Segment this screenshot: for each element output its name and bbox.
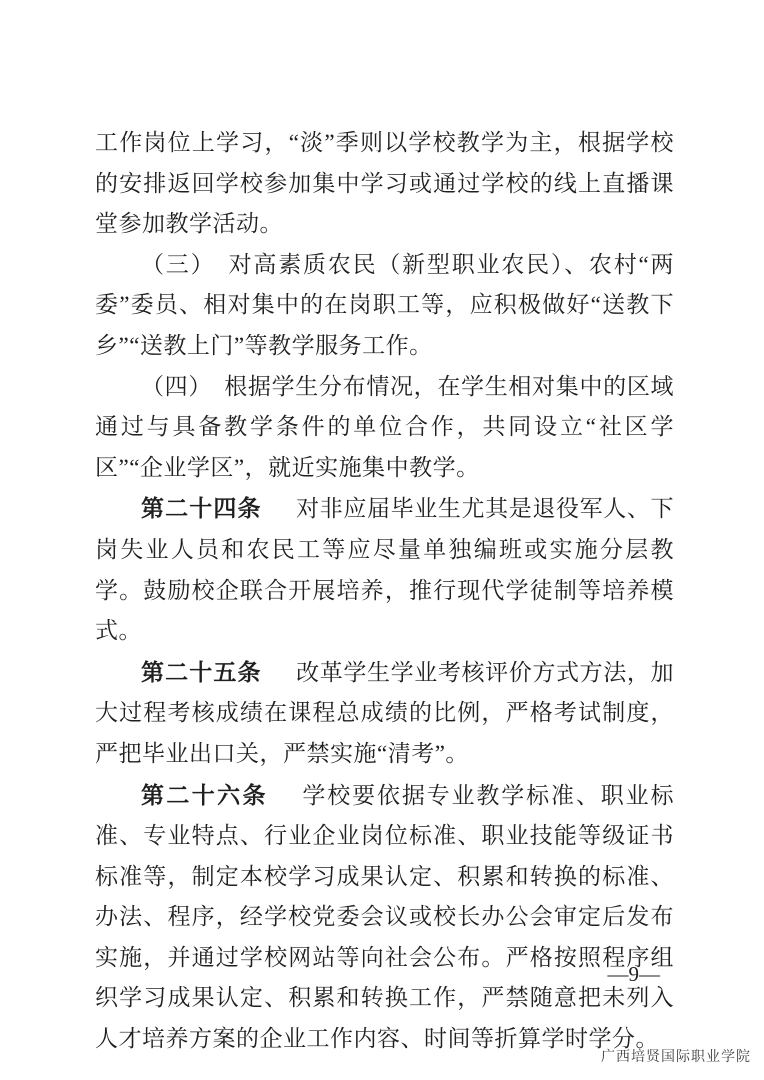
article-26-text: 学校要依据专业教学标准、职业标准、专业特点、行业企业岗位标准、职业技能等级证书标… [95, 783, 674, 1052]
paragraph-continuation: 工作岗位上学习，“淡”季则以学校教学为主，根据学校的安排返回学校参加集中学习或通… [95, 123, 674, 245]
document-page: 工作岗位上学习，“淡”季则以学校教学为主，根据学校的安排返回学校参加集中学习或通… [0, 0, 764, 1080]
article-26-number: 第二十六条 [141, 782, 268, 808]
article-24-number: 第二十四条 [141, 495, 262, 521]
paragraph-item-4: （四） 根据学生分布情况，在学生相对集中的区域通过与具备教学条件的单位合作，共同… [95, 367, 674, 489]
document-body: 工作岗位上学习，“淡”季则以学校教学为主，根据学校的安排返回学校参加集中学习或通… [95, 123, 674, 1060]
article-25-number: 第二十五条 [141, 659, 262, 685]
paragraph-article-24: 第二十四条对非应届毕业生尤其是退役军人、下岗失业人员和农民工等应尽量单独编班或实… [95, 488, 674, 651]
page-number: —9— [608, 960, 661, 988]
paragraph-article-26: 第二十六条学校要依据专业教学标准、职业标准、专业特点、行业企业岗位标准、职业技能… [95, 775, 674, 1060]
footer-watermark: 广西培贤国际职业学院 [601, 1047, 751, 1065]
paragraph-article-25: 第二十五条改革学生学业考核评价方式方法，加大过程考核成绩在课程总成绩的比例，严格… [95, 652, 674, 775]
paragraph-item-3: （三） 对高素质农民（新型职业农民）、农村“两委”委员、相对集中的在岗职工等，应… [95, 245, 674, 367]
